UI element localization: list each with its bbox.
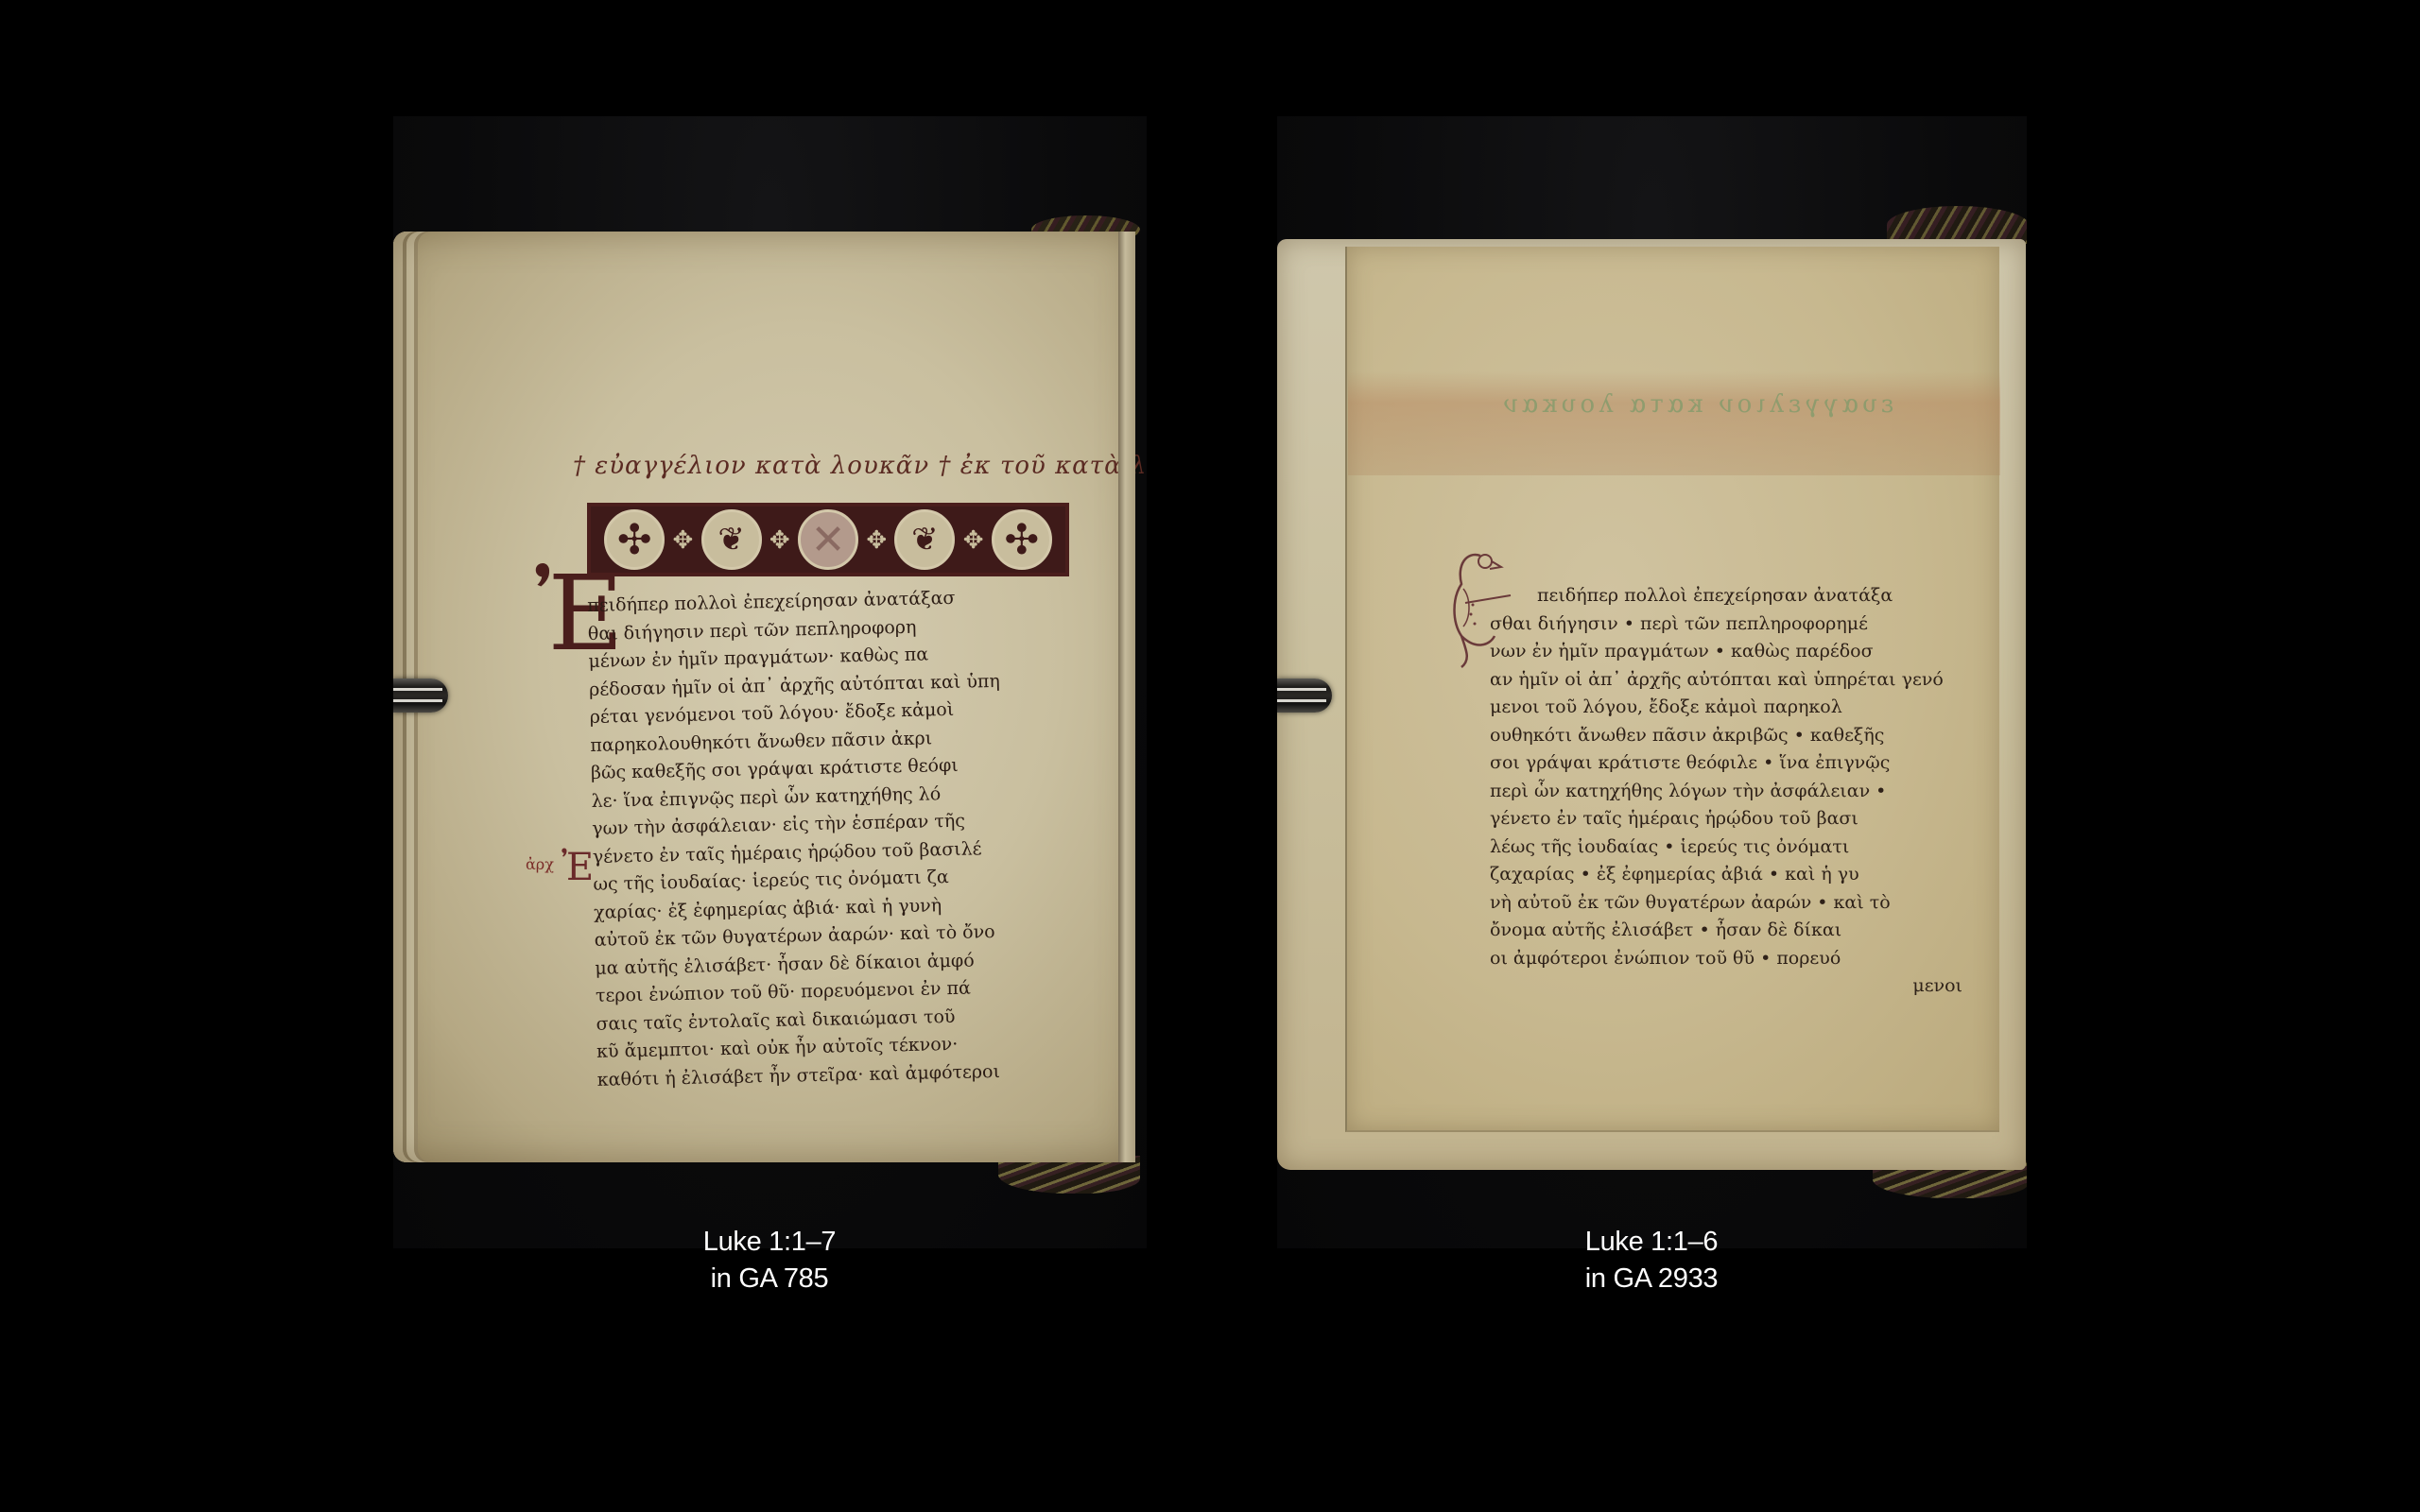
ornamental-headpiece: ✥ ✥ ✥ ✥: [587, 503, 1069, 576]
text-line: ουθηκότι ἄνωθεν πᾶσιν ἀκριβῶς • καθεξῆς: [1490, 722, 1991, 750]
text-line: ὄνομα αὐτῆς ἐλισάβετ • ἦσαν δὲ δίκαι: [1490, 917, 1991, 945]
manuscript-page: ευαγγελιον κατα λουκαν πειδήπερ πολλοὶ ἐ…: [1277, 239, 2026, 1170]
verse5-initial: Ἐ: [562, 846, 594, 889]
text-line: νὴ αὐτοῦ ἐκ τῶν θυγατέρων ἀαρών • καὶ τὸ: [1490, 889, 1991, 918]
leaf-roundel-icon: [894, 509, 955, 570]
manuscript-text: πειδήπερ πολλοὶ ἐπεχείρησαν ἀνατάξασ θαι…: [587, 583, 1051, 1094]
text-line: λέως τῆς ἰουδαίας • ἱερεύς τις ὀνόματι: [1490, 833, 1991, 862]
knot-ornament-icon: ✥: [769, 525, 790, 555]
text-line: σοι γράψαι κράτιστε θεόφιλε • ἵνα ἐπιγνῷ…: [1490, 749, 1991, 778]
text-line: νων ἐν ἡμῖν πραγμάτων • καθὼς παρέδοσ: [1490, 638, 1991, 666]
cross-roundel-icon: [992, 509, 1052, 570]
manuscript-photo-ga2933: ευαγγελιον κατα λουκαν πειδήπερ πολλοὶ ἐ…: [1277, 116, 2027, 1248]
manuscript-text: πειδήπερ πολλοὶ ἐπεχείρησαν ἀνατάξα σθαι…: [1518, 582, 1991, 1001]
margin-note: ἀρχ: [526, 855, 554, 873]
gospel-heading: † εὐαγγέλιον κατὰ λουκᾶν † ἐκ τοῦ κατὰ λ…: [573, 452, 1147, 480]
text-line: ζαχαρίας • ἐξ ἐφημερίας ἀβιά • καὶ ἡ γυ: [1490, 861, 1991, 889]
water-stain: [1348, 371, 2000, 475]
caption-ga785: Luke 1:1–7 in GA 785: [580, 1224, 959, 1297]
knot-ornament-icon: ✥: [672, 525, 693, 555]
text-line: σθαι διήγησιν • περὶ τῶν πεπληροφορημέ: [1490, 610, 1991, 639]
text-line: περὶ ὧν κατηχήθης λόγων τὴν ἀσφάλειαν •: [1490, 778, 1991, 806]
binding-thread: [1887, 206, 2027, 244]
caption-line-2: in GA 2933: [1462, 1261, 1841, 1297]
metal-clasp-icon: [1277, 679, 1332, 713]
manuscript-photo-ga785: † εὐαγγέλιον κατὰ λουκᾶν † ἐκ τοῦ κατὰ λ…: [393, 116, 1147, 1248]
text-line: αν ἡμῖν οἱ ἀπ᾽ ἀρχῆς αὐτόπται καὶ ὑπηρέτ…: [1490, 666, 1991, 695]
text-line: μενοι: [1518, 972, 1991, 1001]
manuscript-page: † εὐαγγέλιον κατὰ λουκᾶν † ἐκ τοῦ κατὰ λ…: [393, 232, 1135, 1162]
leaf-roundel-icon: [701, 509, 762, 570]
text-line: πειδήπερ πολλοὶ ἐπεχείρησαν ἀνατάξα: [1518, 582, 1991, 610]
text-line: γένετο ἐν ταῖς ἡμέραις ἡρῴδου τοῦ βασι: [1490, 805, 1991, 833]
caption-ga2933: Luke 1:1–6 in GA 2933: [1462, 1224, 1841, 1297]
knot-ornament-icon: ✥: [963, 525, 984, 555]
caption-line-1: Luke 1:1–6: [1462, 1224, 1841, 1261]
caption-line-2: in GA 785: [580, 1261, 959, 1297]
knot-ornament-icon: ✥: [866, 525, 887, 555]
faded-cross-roundel-icon: [798, 509, 858, 570]
metal-clasp-icon: [393, 679, 448, 713]
caption-line-1: Luke 1:1–7: [580, 1224, 959, 1261]
text-line: οι ἀμφότεροι ἐνώπιον τοῦ θῦ • πορευό: [1490, 945, 1991, 973]
faded-offset-title: ευαγγελιον κατα λουκαν: [1499, 390, 1893, 419]
text-line: μενοι τοῦ λόγου, ἔδοξε κἀμοὶ παρηκολ: [1490, 694, 1991, 722]
